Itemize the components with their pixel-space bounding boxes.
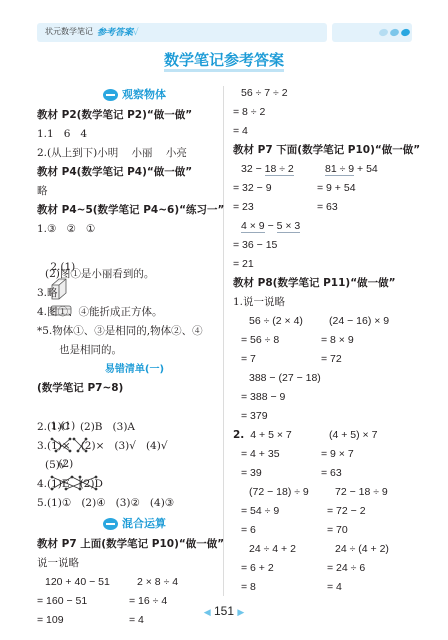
heading-line: 教材 P2(数学笔记 P2)“做一做”	[37, 106, 232, 125]
answer-line: 4.图①、④能折成正方体。	[37, 303, 232, 322]
page-number: ◀ 151 ▶	[0, 604, 448, 618]
answer-line: 也是相同的。	[37, 341, 232, 360]
heading-line: 教材 P7 上面(数学笔记 P10)“做一做”	[37, 535, 232, 554]
answer-line: (2)图①是小丽看到的。	[37, 265, 232, 284]
section-badge-icon	[103, 89, 118, 101]
heading-line: 教材 P7 下面(数学笔记 P10)“做一做”	[233, 141, 428, 160]
header-dots	[332, 23, 412, 42]
answer-line: 略	[37, 182, 232, 201]
answer-line: 5.(1)① (2)④ (3)② (4)③	[37, 494, 232, 513]
subsection-heading: 易错清单(一)	[37, 360, 232, 379]
heading-line: 教材 P8(数学笔记 P11)“做一做”	[233, 274, 428, 293]
answer-line-matching: 1.(1) (2)	[37, 398, 232, 418]
page-title: 数学笔记参考答案	[0, 49, 448, 70]
calc-block: 2.4 + 5 × 7 = 4 + 35 = 39 (4 + 5) × 7 = …	[233, 426, 428, 483]
calc-block: 56 ÷ (2 × 4) = 56 ÷ 8 = 7 (24 − 16) × 9 …	[233, 312, 428, 369]
calc-block: 4 × 9 − 5 × 3 = 36 − 15 = 21	[233, 217, 428, 274]
header-bar: 状元数学笔记 参考答案√	[37, 23, 327, 42]
header-brand: 状元数学笔记	[45, 26, 93, 37]
dot-icon	[378, 28, 389, 38]
answer-line: 1.说一说略	[233, 293, 428, 312]
answer-line: 2.(从上到下)小明 小丽 小亮	[37, 144, 232, 163]
calc-block: 24 ÷ 4 + 2 = 6 + 2 = 8 24 ÷ (4 + 2) = 24…	[233, 540, 428, 597]
heading-line: 教材 P4~5(数学笔记 P4~6)“练习一”	[37, 201, 232, 220]
calc-block: 388 − (27 − 18) = 388 − 9 = 379	[233, 369, 428, 426]
left-column: 观察物体 教材 P2(数学笔记 P2)“做一做” 1.1 6 4 2.(从上到下…	[37, 84, 232, 630]
calc-block: 56 ÷ 7 ÷ 2 = 8 ÷ 2 = 4	[233, 84, 428, 141]
calc-block: 32 − 18 ÷ 2 = 32 − 9 = 23 81 ÷ 9 + 54 = …	[233, 160, 428, 217]
answer-line-figure: 2.(1)	[37, 239, 232, 265]
answer-line: *5.物体①、③是相同的,物体②、④	[37, 322, 232, 341]
header-tag: 参考答案√	[97, 25, 139, 38]
answer-line: 4.(1)E (2)D	[37, 475, 232, 494]
prev-arrow-icon: ◀	[204, 607, 211, 617]
answer-line: 1.③ ② ①	[37, 220, 232, 239]
answer-line: 1.1 6 4	[37, 125, 232, 144]
heading-line: (数学笔记 P7~8)	[37, 379, 232, 398]
calc-block: (72 − 18) ÷ 9 = 54 ÷ 9 = 6 72 − 18 ÷ 9 =…	[233, 483, 428, 540]
answer-line: 说一说略	[37, 554, 232, 573]
section-heading-observe: 观察物体	[37, 84, 232, 106]
section-badge-icon	[103, 518, 118, 530]
dot-icon	[389, 28, 400, 38]
heading-line: 教材 P4(数学笔记 P4)“做一做”	[37, 163, 232, 182]
calc-block: 120 + 40 − 51 = 160 − 51 = 109 2 × 8 ÷ 4…	[37, 573, 232, 630]
right-column: 56 ÷ 7 ÷ 2 = 8 ÷ 2 = 4 教材 P7 下面(数学笔记 P10…	[233, 84, 428, 597]
section-heading-mixed: 混合运算	[37, 513, 232, 535]
dot-icon	[400, 28, 411, 38]
answer-line: 3.(1)× (2)× (3)√ (4)√	[37, 437, 232, 456]
answer-line: 2.(1)C (2)B (3)A	[37, 418, 232, 437]
next-arrow-icon: ▶	[237, 607, 244, 617]
answer-line: (5)√	[37, 456, 232, 475]
